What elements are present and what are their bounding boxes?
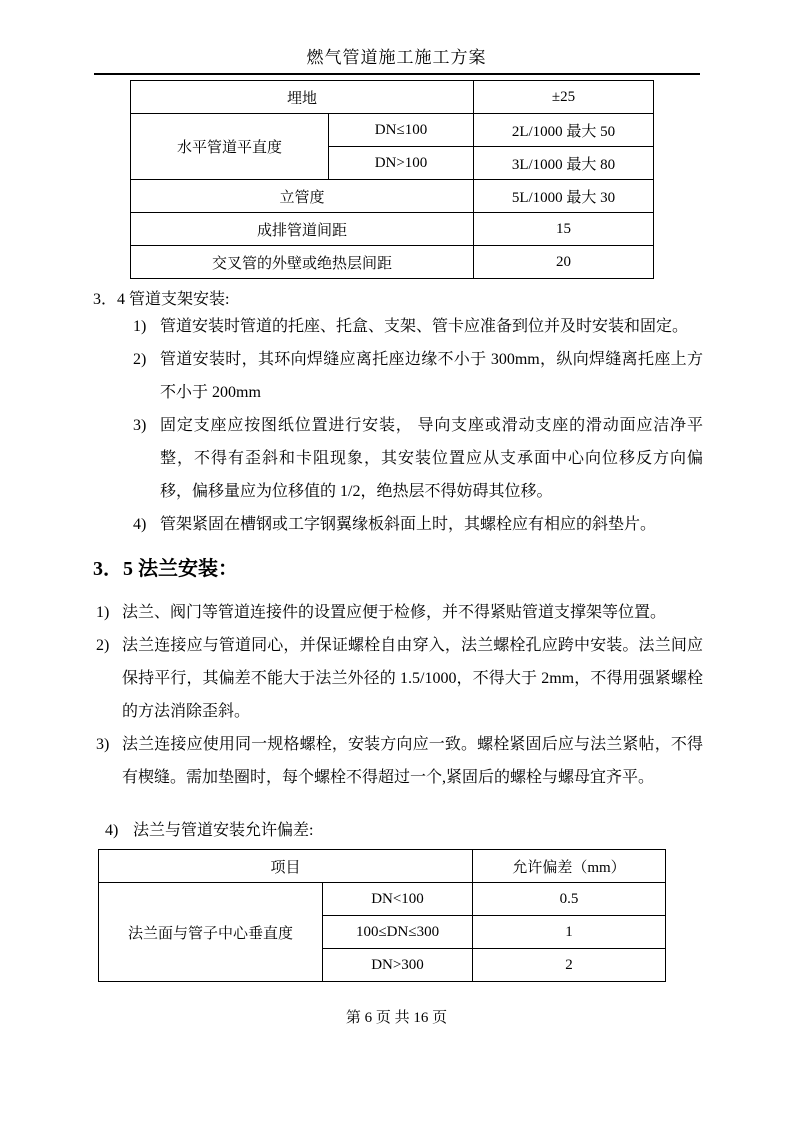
item-text: 法兰连接应与管道同心，并保证螺栓自由穿入，法兰螺栓孔应跨中安装。法兰间应保持平行… (122, 637, 703, 720)
table-header-cell: 项目 (99, 850, 473, 883)
table-row: 法兰面与管子中心垂直度 DN<100 0.5 (99, 883, 666, 916)
table-row: 成排管道间距 15 (131, 213, 654, 246)
item-text: 管道安装时管道的托座、托盒、支架、管卡应准备到位并及时安装和固定。 (160, 318, 688, 335)
table-cell: DN<100 (323, 883, 473, 916)
item-number: 4) (105, 814, 118, 847)
table-row: 立管度 5L/1000 最大 30 (131, 180, 654, 213)
list-item: 4) 法兰与管道安装允许偏差: (93, 814, 703, 847)
flange-tolerance-table: 项目 允许偏差（mm） 法兰面与管子中心垂直度 DN<100 0.5 100≤D… (98, 849, 666, 982)
list-item: 1) 法兰、阀门等管道连接件的设置应便于检修，并不得紧贴管道支撑架等位置。 (93, 596, 703, 629)
item-text: 管道安装时，其环向焊缝应离托座边缘不小于 300mm，纵向焊缝离托座上方不小于 … (160, 351, 703, 401)
table-cell: 5L/1000 最大 30 (474, 180, 654, 213)
table-cell: 20 (474, 246, 654, 279)
table-cell: 15 (474, 213, 654, 246)
pipe-tolerance-table: 埋地 ±25 水平管道平直度 DN≤100 2L/1000 最大 50 DN>1… (130, 80, 654, 279)
table-cell: DN>100 (329, 147, 474, 180)
list-item: 3) 固定支座应按图纸位置进行安装， 导向支座或滑动支座的滑动面应洁净平整，不得… (93, 409, 703, 508)
item-number: 2) (96, 629, 109, 662)
item-number: 2) (133, 343, 146, 376)
table-cell: DN>300 (323, 949, 473, 982)
section-3-5-list: 1) 法兰、阀门等管道连接件的设置应便于检修，并不得紧贴管道支撑架等位置。 2)… (93, 596, 703, 847)
section-3-5-heading: 3．5 法兰安装： (93, 555, 793, 583)
table-header-cell: 允许偏差（mm） (473, 850, 666, 883)
item-number: 4) (133, 508, 146, 541)
list-item: 1) 管道安装时管道的托座、托盒、支架、管卡应准备到位并及时安装和固定。 (93, 310, 703, 343)
table-row: 埋地 ±25 (131, 81, 654, 114)
table-cell: 2 (473, 949, 666, 982)
list-item: 4) 管架紧固在槽钢或工字钢翼缘板斜面上时，其螺栓应有相应的斜垫片。 (93, 508, 703, 541)
table-row: 项目 允许偏差（mm） (99, 850, 666, 883)
list-item: 2) 管道安装时，其环向焊缝应离托座边缘不小于 300mm，纵向焊缝离托座上方不… (93, 343, 703, 409)
table-cell: 成排管道间距 (131, 213, 474, 246)
item-text: 法兰、阀门等管道连接件的设置应便于检修，并不得紧贴管道支撑架等位置。 (122, 604, 666, 621)
item-number: 1) (96, 596, 109, 629)
table-cell: 1 (473, 916, 666, 949)
table-cell: 立管度 (131, 180, 474, 213)
item-text: 管架紧固在槽钢或工字钢翼缘板斜面上时，其螺栓应有相应的斜垫片。 (160, 516, 656, 533)
table-cell: 交叉管的外壁或绝热层间距 (131, 246, 474, 279)
table-cell: 2L/1000 最大 50 (474, 114, 654, 147)
table-cell: 法兰面与管子中心垂直度 (99, 883, 323, 982)
table-cell: 0.5 (473, 883, 666, 916)
item-number: 1) (133, 310, 146, 343)
item-number: 3) (96, 728, 109, 761)
header-rule (94, 73, 700, 75)
item-text: 法兰与管道安装允许偏差: (133, 822, 313, 839)
document-page: 燃气管道施工施工方案 埋地 ±25 水平管道平直度 DN≤100 2L/1000… (0, 0, 793, 1122)
section-3-4-heading: 3．4 管道支架安装: (93, 290, 793, 310)
table-cell: ±25 (474, 81, 654, 114)
item-text: 固定支座应按图纸位置进行安装， 导向支座或滑动支座的滑动面应洁净平整，不得有歪斜… (160, 417, 703, 500)
table-cell: DN≤100 (329, 114, 474, 147)
table-cell: 水平管道平直度 (131, 114, 329, 180)
table-cell: 埋地 (131, 81, 474, 114)
table-cell: 3L/1000 最大 80 (474, 147, 654, 180)
table-row: 水平管道平直度 DN≤100 2L/1000 最大 50 (131, 114, 654, 147)
table-row: 交叉管的外壁或绝热层间距 20 (131, 246, 654, 279)
section-3-4-list: 1) 管道安装时管道的托座、托盒、支架、管卡应准备到位并及时安装和固定。 2) … (93, 310, 703, 541)
page-footer: 第 6 页 共 16 页 (0, 1006, 793, 1027)
item-number: 3) (133, 409, 146, 442)
list-item: 3) 法兰连接应使用同一规格螺栓，安装方向应一致。螺栓紧固后应与法兰紧帖，不得有… (93, 728, 703, 794)
list-item: 2) 法兰连接应与管道同心，并保证螺栓自由穿入，法兰螺栓孔应跨中安装。法兰间应保… (93, 629, 703, 728)
header-title: 燃气管道施工施工方案 (0, 0, 793, 70)
table-cell: 100≤DN≤300 (323, 916, 473, 949)
item-text: 法兰连接应使用同一规格螺栓，安装方向应一致。螺栓紧固后应与法兰紧帖，不得有楔缝。… (122, 736, 703, 786)
